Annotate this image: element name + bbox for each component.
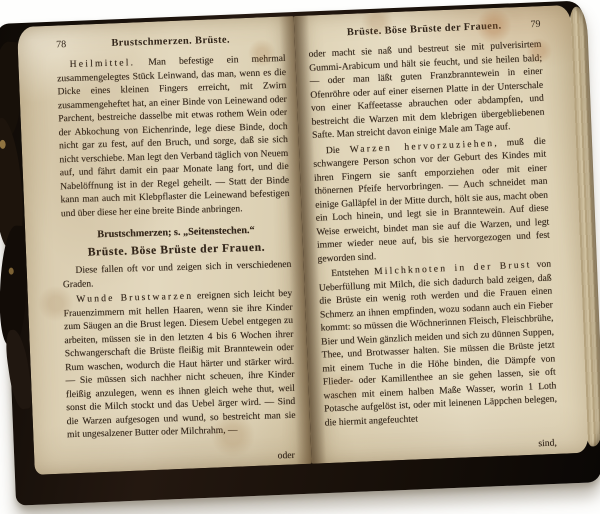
book-photo: 78 Brustschmerzen. Brüste. Heilmittel. M…	[0, 0, 600, 514]
section-heading: Brüste. Böse Brüste der Frauen.	[62, 239, 291, 259]
open-book: 78 Brustschmerzen. Brüste. Heilmittel. M…	[3, 0, 598, 497]
right-page-content: Brüste. Böse Brüste der Frauen. 79 oder …	[294, 5, 589, 464]
left-page-header: 78 Brustschmerzen. Brüste.	[56, 33, 285, 50]
text-run: oder macht sie naß und bestreut sie mit …	[308, 39, 544, 141]
page-text: Heilmittel. Man befestige ein mehrmal zu…	[57, 52, 297, 442]
paragraph: Entstehen Milchknoten in der Brust von U…	[318, 258, 558, 430]
page-number: 78	[56, 39, 86, 51]
text-run: Wunde Brustwarzen	[76, 291, 193, 305]
text-run: Heilmittel.	[70, 57, 136, 70]
text-run: Man befestige ein mehrmal zusammengelegt…	[57, 53, 290, 219]
text-run: Entstehen	[331, 266, 374, 279]
paragraph: Diese fallen oft vor und zeigen sich in …	[62, 258, 292, 291]
left-page: 78 Brustschmerzen. Brüste. Heilmittel. M…	[17, 16, 312, 475]
wear-speck	[9, 268, 14, 275]
text-run: von Ueberfüllung mit Milch, die sich dad…	[319, 259, 558, 429]
text-run: Die	[326, 144, 350, 156]
left-page-content: 78 Brustschmerzen. Brüste. Heilmittel. M…	[20, 18, 309, 474]
page-text: oder macht sie naß und bestreut sie mit …	[308, 38, 557, 430]
text-run: Brustschmerzen; s. „Seitenstechen.“	[97, 225, 255, 240]
text-run: ereignen sich leicht bey Frauenzimmern m…	[64, 288, 296, 440]
right-page-header: Brüste. Böse Brüste der Frauen. 79	[308, 19, 541, 40]
text-run: Brüste. Böse Brüste der Frauen.	[88, 240, 266, 258]
page-number: 79	[510, 19, 540, 31]
running-header: Brüste. Böse Brüste der Frauen.	[337, 20, 510, 39]
paragraph: Wunde Brustwarzen ereignen sich leicht b…	[63, 287, 296, 442]
right-page: Brüste. Böse Brüste der Frauen. 79 oder …	[294, 5, 589, 464]
catchword: sind,	[538, 437, 557, 449]
paragraph: Die Warzen hervorzuziehen, muß die schwa…	[313, 134, 551, 266]
text-run: Diese fallen oft vor und zeigen sich in …	[63, 259, 292, 290]
running-header: Brustschmerzen. Brüste.	[86, 34, 255, 50]
page-spread: 78 Brustschmerzen. Brüste. Heilmittel. M…	[17, 5, 589, 475]
paragraph: Heilmittel. Man befestige ein mehrmal zu…	[57, 52, 290, 220]
paragraph: oder macht sie naß und bestreut sie mit …	[308, 38, 545, 143]
catchword: oder	[278, 450, 295, 461]
